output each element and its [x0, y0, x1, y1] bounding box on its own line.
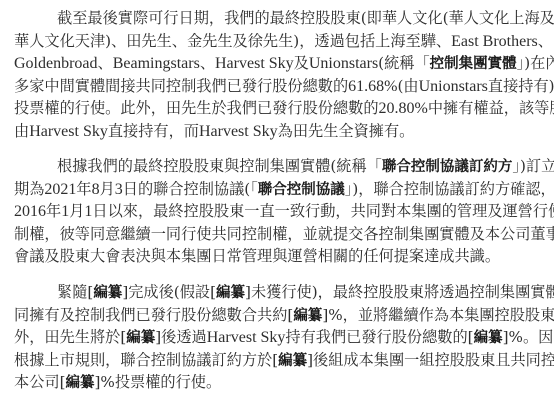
text-segment: Beamingstars: [113, 55, 200, 72]
text-segment: 緊隨[: [57, 283, 93, 301]
text-segment: East Brothers: [451, 33, 538, 50]
text-segment: 外，田先生將於[: [14, 328, 126, 346]
text-segment: Goldenbroad: [14, 55, 98, 72]
text-segment: 日以來，最終控股股東一直一致行動，共同對本集團的管理及運營行使控: [92, 202, 554, 220]
text-segment: 、: [538, 32, 553, 50]
text-segment: 會議及股東大會表決與本集團日常管理與運營相關的任何提案達成共識。: [14, 247, 500, 265]
text-segment: 月: [69, 202, 84, 220]
text-segment: 1: [61, 203, 69, 220]
defined-term: 編纂: [216, 285, 245, 301]
text-segment: 中擁有權益，該等股份: [428, 99, 554, 117]
text-segment: ]%，並將繼續作為本集團控股股東。此: [322, 306, 554, 324]
text-segment: 多家中間實體間接共同控制我們已發行股份總數的: [14, 77, 348, 95]
defined-term: 編纂: [474, 330, 503, 346]
text-segment: 期為: [14, 180, 44, 198]
text-line: Goldenbroad、Beamingstars、Harvest Sky及Uni…: [14, 52, 527, 75]
document-page: 截至最後實際可行日期，我們的最終控股股東(即華人文化(華人文化上海及華人文化天津…: [0, 0, 554, 402]
text-segment: ]完成後(假設[: [122, 283, 216, 301]
text-segment: 由: [14, 122, 29, 140]
text-segment: 」)訂立日: [512, 157, 554, 175]
paragraph-concert-party-agreement: 根據我們的最終控股股東與控制集團實體(統稱「聯合控制協議訂約方」)訂立日期為20…: [14, 155, 527, 268]
text-segment: 61.68%: [348, 78, 397, 95]
text-segment: Unionstars: [419, 78, 488, 95]
text-segment: 、: [200, 54, 215, 72]
text-segment: 」)，聯合控制協議訂約方確認，自: [345, 180, 554, 198]
text-line: 會議及股東大會表決與本集團日常管理與運營相關的任何提案達成共識。: [14, 245, 527, 268]
text-segment: Harvest Sky: [215, 55, 294, 72]
text-line: 本公司[編纂]%投票權的行使。: [14, 371, 527, 394]
text-line: 投票權的行使。此外，田先生於我們已發行股份總數的20.80%中擁有權益，該等股份: [14, 97, 527, 120]
text-segment: (由: [397, 77, 418, 95]
text-segment: 同擁有及控制我們已發行股份總數合共約[: [14, 306, 293, 324]
text-segment: 截至最後實際可行日期，我們的最終控股股東(即華人文化(華人文化上海及: [57, 9, 554, 27]
defined-term: 編纂: [278, 353, 307, 369]
text-segment: 日的聯合控制協議(「: [123, 180, 258, 198]
text-segment: ]後組成本集團一組控股股東且共同控制: [307, 351, 554, 369]
defined-term: 編纂: [93, 285, 122, 301]
text-line: 同擁有及控制我們已發行股份總數合共約[編纂]%，並將繼續作為本集團控股股東。此: [14, 304, 527, 327]
defined-term: 聯合控制協議: [258, 182, 345, 198]
text-segment: 2021: [44, 181, 76, 198]
text-segment: Harvest Sky: [29, 123, 108, 140]
text-segment: 根據我們的最終控股股東與控制集團實體(統稱「: [57, 157, 382, 175]
text-segment: ]後透過: [155, 328, 207, 346]
text-segment: ]%投票權的行使。: [95, 373, 222, 391]
text-segment: 制權，彼等同意繼續一同行使共同控制權，並就提交各控制集團實體及本公司董事會: [14, 225, 554, 243]
text-segment: 及: [294, 54, 309, 72]
text-segment: 年: [46, 202, 61, 220]
text-line: 根據上市規則，聯合控制協議訂約方於[編纂]後組成本集團一組控股股東且共同控制: [14, 349, 527, 372]
text-segment: 月: [100, 180, 115, 198]
text-segment: 為田先生全資擁有。: [278, 122, 415, 140]
defined-term: 控制集團實體: [430, 56, 517, 72]
text-segment: 年: [76, 180, 91, 198]
text-line: 制權，彼等同意繼續一同行使共同控制權，並就提交各控制集團實體及本公司董事會: [14, 223, 527, 246]
text-line: 2016年1月1日以來，最終控股股東一直一致行動，共同對本集團的管理及運營行使控: [14, 200, 527, 223]
text-segment: Harvest Sky: [199, 123, 278, 140]
text-segment: ]%。因此，: [503, 328, 554, 346]
text-segment: 本公司[: [14, 373, 66, 391]
text-segment: Unionstars: [309, 55, 378, 72]
text-line: 多家中間實體間接共同控制我們已發行股份總數的61.68%(由Unionstars…: [14, 75, 527, 98]
text-line: 期為2021年8月3日的聯合控制協議(「聯合控制協議」)，聯合控制協議訂約方確認…: [14, 178, 527, 201]
text-line: 截至最後實際可行日期，我們的最終控股股東(即華人文化(華人文化上海及: [14, 7, 527, 30]
text-segment: 直接持有)的: [488, 77, 554, 95]
text-line: 由Harvest Sky直接持有，而Harvest Sky為田先生全資擁有。: [14, 120, 527, 143]
text-line: 華人文化天津)、田先生、金先生及徐先生)，透過包括上海至驊、East Broth…: [14, 30, 527, 53]
text-segment: 投票權的行使。此外，田先生於我們已發行股份總數的: [14, 99, 379, 117]
defined-term: 編纂: [66, 375, 95, 391]
text-segment: 華人文化天津)、田先生、金先生及徐先生)，透過包括上海至驊、: [14, 32, 451, 50]
text-line: 緊隨[編纂]完成後(假設[編纂]未獲行使)，最終控股股東將透過控制集團實體共: [14, 281, 527, 304]
text-line: 根據我們的最終控股股東與控制集團實體(統稱「聯合控制協議訂約方」)訂立日: [14, 155, 527, 178]
defined-term: 聯合控制協議訂約方: [382, 159, 513, 175]
text-segment: (統稱「: [378, 54, 430, 72]
text-segment: 2016: [14, 203, 46, 220]
text-segment: 20.80%: [379, 100, 428, 117]
defined-term: 編纂: [293, 308, 322, 324]
text-segment: 8: [92, 181, 100, 198]
text-segment: 直接持有，而: [108, 122, 199, 140]
paragraph-controlling-shareholders: 截至最後實際可行日期，我們的最終控股股東(即華人文化(華人文化上海及華人文化天津…: [14, 7, 527, 142]
text-segment: 根據上市規則，聯合控制協議訂約方於[: [14, 351, 278, 369]
paragraph-post-completion: 緊隨[編纂]完成後(假設[編纂]未獲行使)，最終控股股東將透過控制集團實體共同擁…: [14, 281, 527, 394]
text-segment: 3: [115, 181, 123, 198]
defined-term: 編纂: [126, 330, 155, 346]
text-segment: 持有我們已發行股份總數的[: [285, 328, 473, 346]
text-segment: 、: [98, 54, 113, 72]
text-line: 外，田先生將於[編纂]後透過Harvest Sky持有我們已發行股份總數的[編纂…: [14, 326, 527, 349]
text-segment: Harvest Sky: [207, 329, 286, 346]
text-segment: 」)在內的: [517, 54, 554, 72]
text-segment: ]未獲行使)，最終控股股東將透過控制集團實體共: [245, 283, 554, 301]
